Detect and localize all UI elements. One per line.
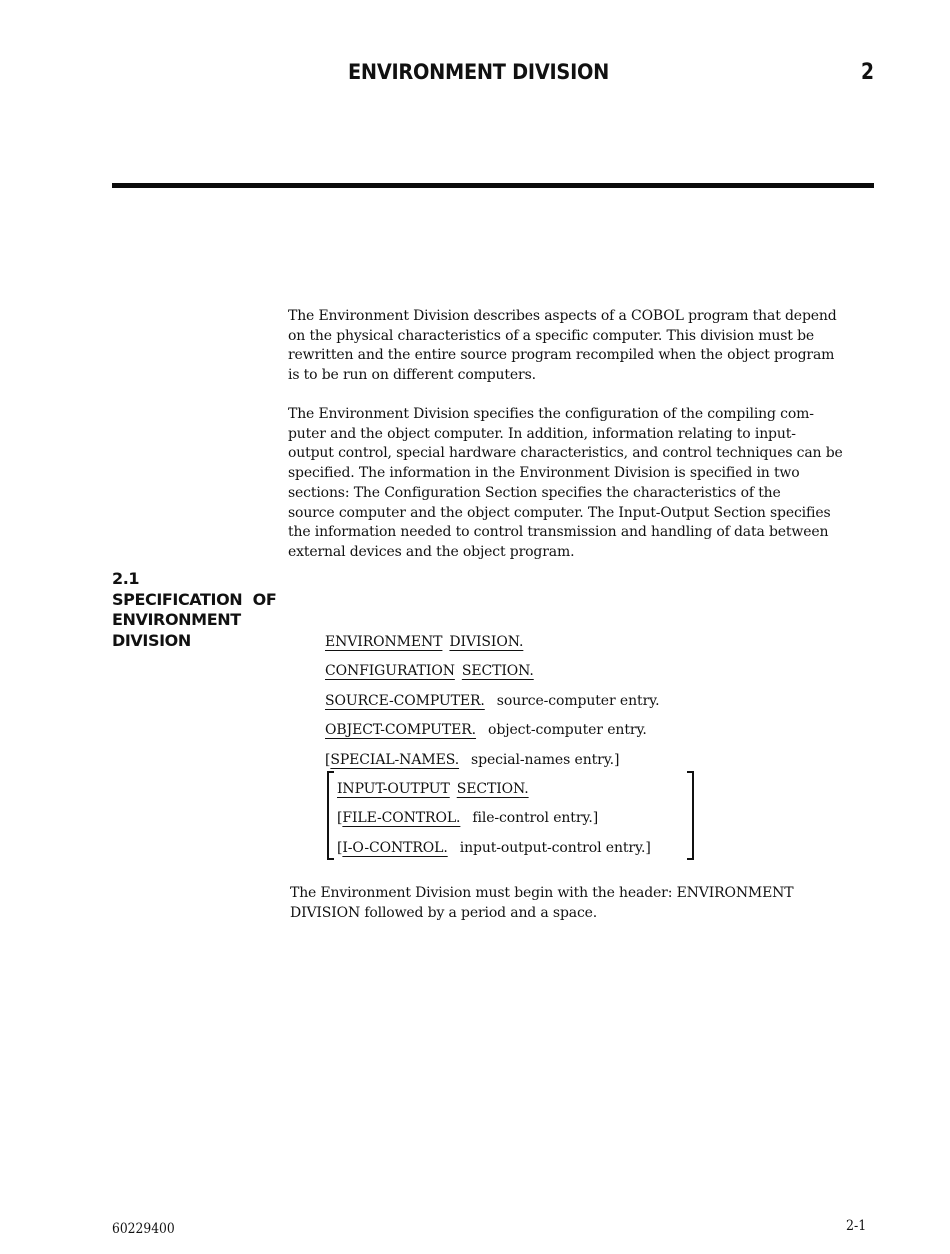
syntax-format: ENVIRONMENTDIVISION. CONFIGURATIONSECTIO… bbox=[325, 631, 659, 866]
chapter-title: ENVIRONMENT DIVISION bbox=[348, 60, 609, 84]
keyword: CONFIGURATION bbox=[325, 660, 455, 682]
entry-text: object-computer entry. bbox=[488, 719, 647, 741]
keyword: SECTION. bbox=[462, 660, 534, 682]
entry-text: input-output-control entry.] bbox=[460, 837, 651, 859]
text-line: source computer and the object computer.… bbox=[288, 504, 843, 524]
text-line: the information needed to control transm… bbox=[288, 523, 843, 543]
header-rule bbox=[112, 183, 874, 188]
text-line: external devices and the object program. bbox=[288, 543, 843, 563]
page-number: 2-1 bbox=[846, 1218, 866, 1234]
section-heading: 2.1 SPECIFICATION OF ENVIRONMENT DIVISIO… bbox=[112, 569, 276, 651]
intro-paragraph-2: The Environment Division specifies the c… bbox=[288, 405, 843, 563]
syntax-source-computer: SOURCE-COMPUTER.source-computer entry. bbox=[325, 690, 659, 719]
keyword: ENVIRONMENT bbox=[325, 631, 442, 653]
closing-paragraph: The Environment Division must begin with… bbox=[290, 884, 793, 923]
text-line: DIVISION followed by a period and a spac… bbox=[290, 904, 793, 924]
left-bracket-icon bbox=[327, 771, 334, 860]
document-number: 60229400 bbox=[112, 1221, 175, 1237]
syntax-file-control: [FILE-CONTROL.file-control entry.] bbox=[337, 807, 659, 836]
text-line: rewritten and the entire source program … bbox=[288, 346, 837, 366]
keyword: DIVISION. bbox=[449, 631, 523, 653]
section-number: 2.1 bbox=[112, 569, 276, 590]
text-line: The Environment Division must begin with… bbox=[290, 884, 793, 904]
section-title-line: SPECIFICATION OF bbox=[112, 590, 276, 611]
text-line: specified. The information in the Enviro… bbox=[288, 464, 843, 484]
syntax-i-o-control: [I-O-CONTROL.input-output-control entry.… bbox=[337, 837, 659, 866]
keyword: SECTION. bbox=[457, 778, 529, 800]
text-line: on the physical characteristics of a spe… bbox=[288, 327, 837, 347]
syntax-environment-division: ENVIRONMENTDIVISION. bbox=[325, 631, 659, 660]
text-line: output control, special hardware charact… bbox=[288, 444, 843, 464]
text-line: sections: The Configuration Section spec… bbox=[288, 484, 843, 504]
right-bracket-icon bbox=[687, 771, 694, 860]
keyword: SOURCE-COMPUTER. bbox=[325, 690, 485, 712]
keyword: SPECIAL-NAMES. bbox=[330, 749, 459, 771]
syntax-input-output-section: INPUT-OUTPUTSECTION. bbox=[337, 778, 659, 807]
text-line: puter and the object computer. In additi… bbox=[288, 425, 843, 445]
syntax-configuration-section: CONFIGURATIONSECTION. bbox=[325, 660, 659, 689]
input-output-optional-group: INPUT-OUTPUTSECTION. [FILE-CONTROL.file-… bbox=[325, 778, 659, 866]
keyword: FILE-CONTROL. bbox=[342, 807, 460, 829]
entry-text: special-names entry.] bbox=[471, 749, 619, 771]
keyword: OBJECT-COMPUTER. bbox=[325, 719, 476, 741]
syntax-object-computer: OBJECT-COMPUTER.object-computer entry. bbox=[325, 719, 659, 748]
section-title-line: DIVISION bbox=[112, 631, 276, 652]
chapter-number: 2 bbox=[861, 60, 874, 85]
text-line: The Environment Division describes aspec… bbox=[288, 307, 837, 327]
section-title-line: ENVIRONMENT bbox=[112, 610, 276, 631]
syntax-special-names: [SPECIAL-NAMES.special-names entry.] bbox=[325, 749, 659, 778]
text-line: is to be run on different computers. bbox=[288, 366, 837, 386]
keyword: I-O-CONTROL. bbox=[342, 837, 447, 859]
entry-text: file-control entry.] bbox=[472, 807, 598, 829]
text-line: The Environment Division specifies the c… bbox=[288, 405, 843, 425]
entry-text: source-computer entry. bbox=[497, 690, 660, 712]
intro-paragraph-1: The Environment Division describes aspec… bbox=[288, 307, 837, 386]
keyword: INPUT-OUTPUT bbox=[337, 778, 450, 800]
